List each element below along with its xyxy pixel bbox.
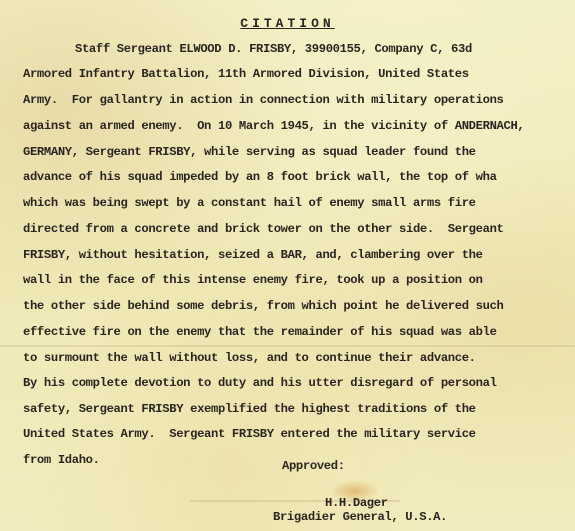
body-line: Army. For gallantry in action in connect… [23,93,504,107]
signatory-title: Brigadier General, U.S.A. [273,510,447,524]
body-line: from Idaho. [23,453,100,467]
body-line: which was being swept by a constant hail… [23,196,476,210]
body-line: advance of his squad impeded by an 8 foo… [23,170,497,184]
document-title: CITATION [0,16,575,31]
body-line: Staff Sergeant ELWOOD D. FRISBY, 3990015… [75,42,472,56]
body-line: FRISBY, without hesitation, seized a BAR… [23,248,483,262]
citation-document: CITATION Staff Sergeant ELWOOD D. FRISBY… [0,0,575,531]
body-line: By his complete devotion to duty and his… [23,376,497,390]
fold-crease [0,345,575,347]
body-line: effective fire on the enemy that the rem… [23,325,497,339]
body-line: Armored Infantry Battalion, 11th Armored… [23,67,469,81]
body-line: the other side behind some debris, from … [23,299,504,313]
body-line: safety, Sergeant FRISBY exemplified the … [23,402,476,416]
body-line: against an armed enemy. On 10 March 1945… [23,119,524,133]
approval-label: Approved: [282,459,345,473]
body-line: wall in the face of this intense enemy f… [23,273,483,287]
body-line: United States Army. Sergeant FRISBY ente… [23,427,476,441]
signatory-name: H.H.Dager [325,496,388,510]
body-line: GERMANY, Sergeant FRISBY, while serving … [23,145,476,159]
body-line: directed from a concrete and brick tower… [23,222,504,236]
body-line: to surmount the wall without loss, and t… [23,351,476,365]
